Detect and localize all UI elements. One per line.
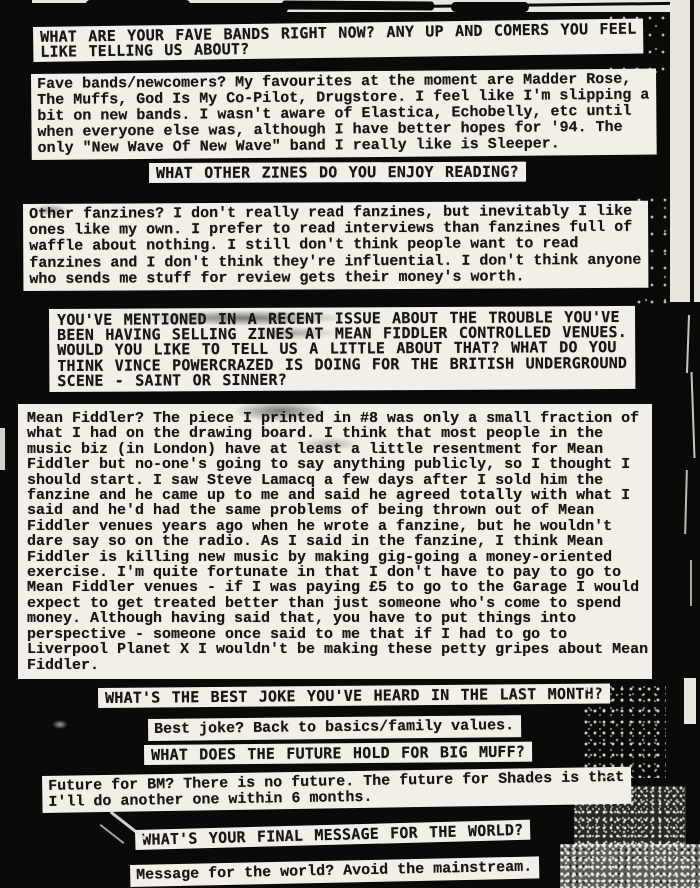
- ink-smudge: [300, 437, 360, 451]
- zine-interview-page: WHAT ARE YOUR FAVE BANDS RIGHT NOW? ANY …: [0, 0, 700, 888]
- photocopy-noise-patch: [574, 786, 686, 846]
- scratch-mark: [686, 315, 690, 373]
- ink-smudge: [140, 310, 350, 326]
- answer-other-zines: Other fanzines? I don't really read fanz…: [23, 201, 649, 291]
- question-strip-final-message: WHAT'S YOUR FINAL MESSAGE FOR THE WORLD?: [135, 820, 531, 850]
- scratch-mark: [100, 824, 125, 844]
- question-strip-future-big-muff: WHAT DOES THE FUTURE HOLD FOR BIG MUFF?: [144, 742, 532, 765]
- scan-edge-right-sliver: [684, 678, 696, 724]
- scratch-mark: [690, 560, 692, 606]
- photocopy-noise-patch: [608, 14, 666, 80]
- ink-smudge: [232, 400, 328, 422]
- scan-edge-left-sliver: [0, 428, 5, 470]
- photocopy-noise-patch: [636, 196, 670, 316]
- answer-future-big-muff: Future for BM? There is no future. The f…: [42, 767, 632, 813]
- scan-edge-pinstripe: [690, 0, 694, 302]
- photocopy-noise-patch: [584, 686, 666, 778]
- answer-best-joke: Best joke? Back to basics/family values.: [148, 715, 521, 741]
- question-strip-best-joke: WHAT'S THE BEST JOKE YOU'VE HEARD IN THE…: [98, 684, 610, 708]
- photocopy-fleck: [52, 720, 68, 729]
- answer-final-message: Message for the world? Avoid the mainstr…: [130, 856, 539, 887]
- scratch-mark: [684, 470, 688, 534]
- scan-edge-right-margin: [670, 0, 700, 302]
- answer-fave-bands: Fave bands/newcomers? My favourites at t…: [31, 69, 657, 160]
- question-strip-fave-bands: WHAT ARE YOUR FAVE BANDS RIGHT NOW? ANY …: [33, 18, 644, 62]
- scratch-mark: [690, 372, 695, 458]
- photocopy-noise-patch: [560, 844, 700, 888]
- toner-blob: [86, 0, 190, 8]
- ink-smudge: [248, 326, 338, 340]
- ink-smudge: [34, 204, 68, 216]
- question-strip-other-zines: WHAT OTHER ZINES DO YOU ENJOY READING?: [149, 162, 526, 183]
